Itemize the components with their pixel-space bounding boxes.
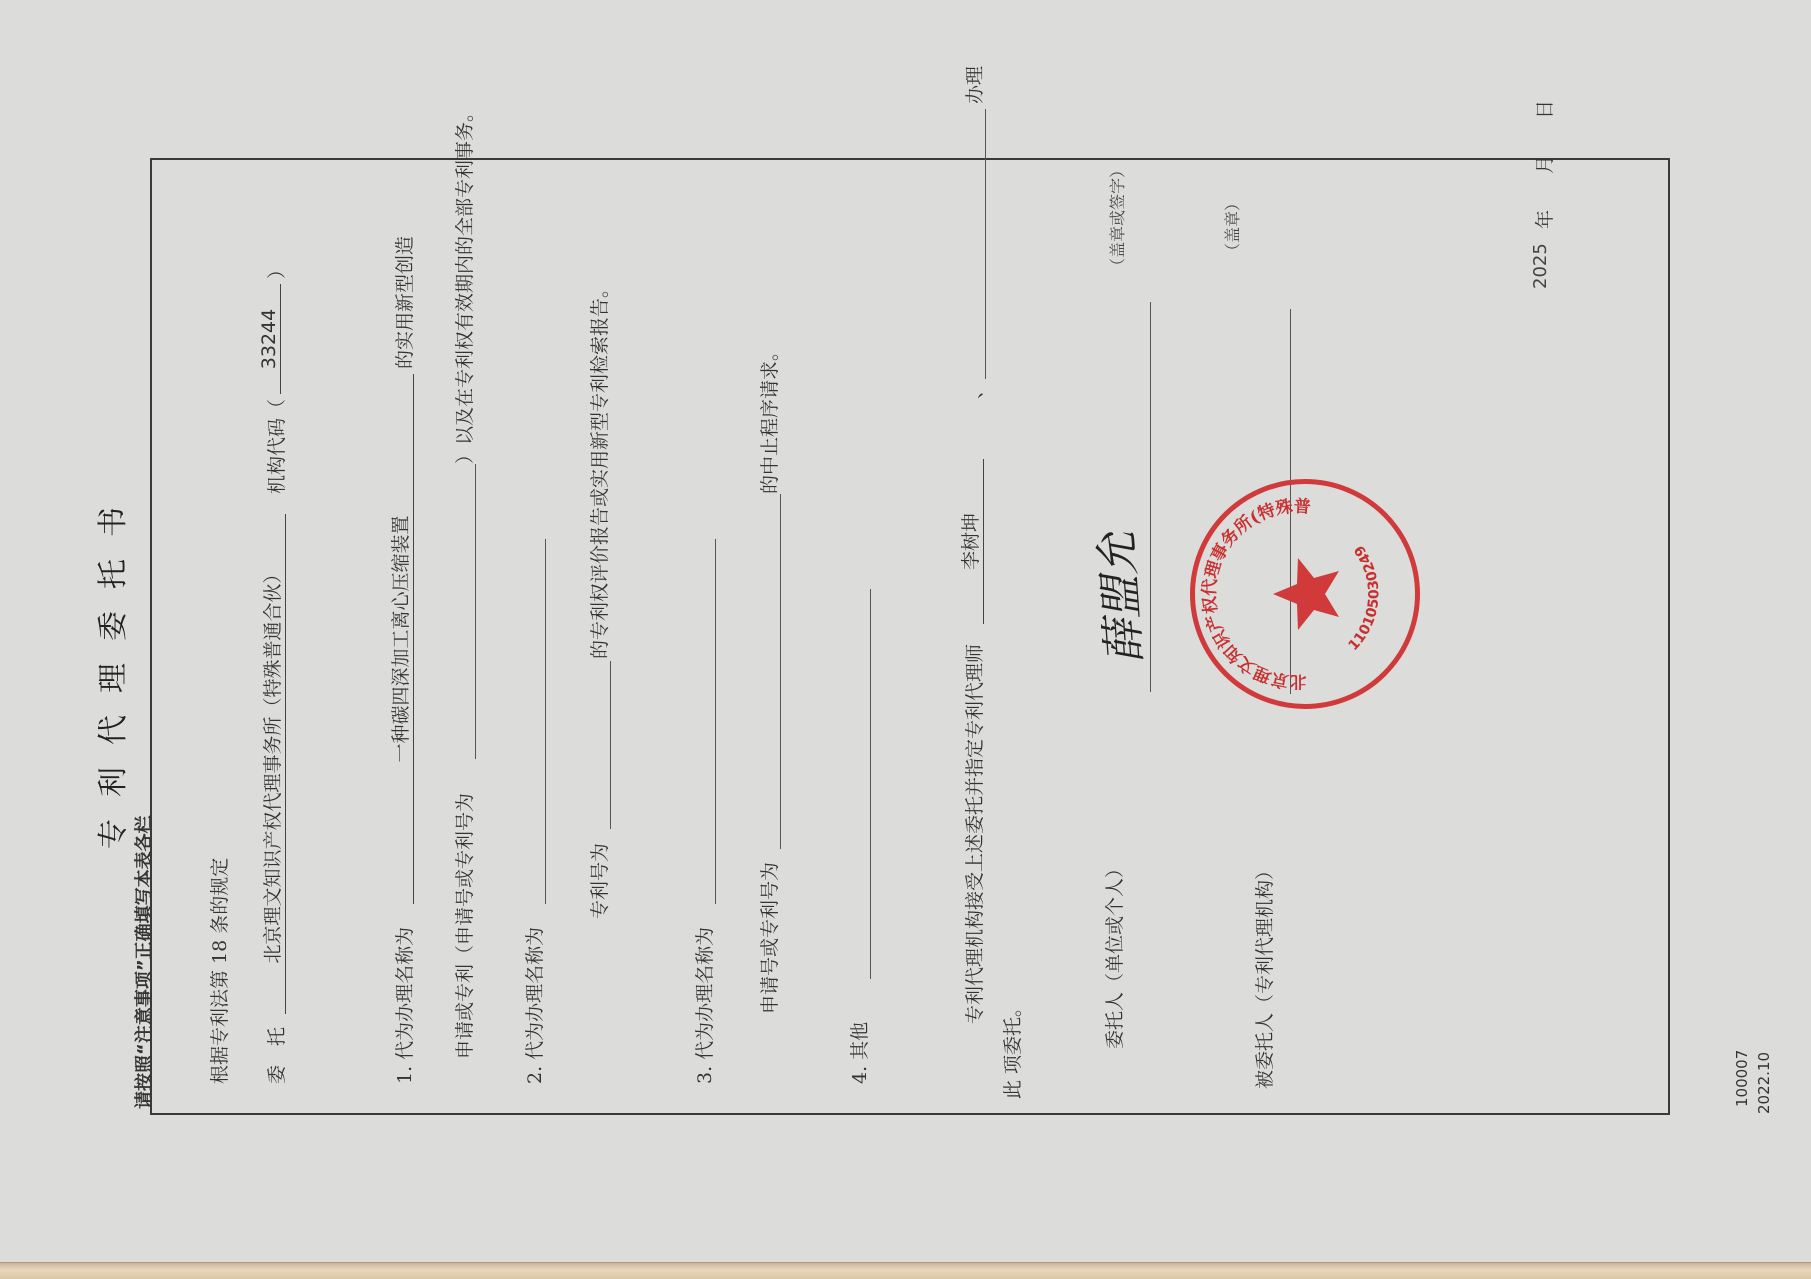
date-year: 2025 bbox=[1530, 243, 1551, 289]
date-month-unit: 月 bbox=[1530, 155, 1557, 174]
item2-line2-suffix: 的专利权评价报告或实用新型专利检索报告。 bbox=[585, 279, 612, 659]
agent-note: （盖章） bbox=[1220, 195, 1243, 259]
star-icon bbox=[1273, 558, 1339, 630]
item3-label: 3. 代为办理名称为 bbox=[690, 927, 717, 1084]
company-seal: 北京理文知识产权代理事务所(特殊普通合伙) 110105030249 bbox=[1190, 479, 1420, 709]
entrust-label: 委 托 bbox=[262, 1027, 289, 1084]
item3-number-field[interactable] bbox=[780, 494, 781, 849]
item1-suffix: 的实用新型创造 bbox=[390, 236, 417, 369]
svg-text:110105030249: 110105030249 bbox=[1346, 542, 1383, 654]
principal-signature: 薛盟允 bbox=[1080, 530, 1153, 666]
date-year-unit: 年 bbox=[1530, 210, 1557, 229]
item3-line2-prefix: 申请号或专利号为 bbox=[755, 862, 782, 1014]
item2-number-field[interactable] bbox=[610, 661, 611, 829]
item1-number-field[interactable] bbox=[475, 464, 476, 759]
agency-name-field[interactable]: 北京理文知识产权代理事务所（特殊普通合伙） bbox=[258, 514, 286, 1014]
org-code-close: ） bbox=[262, 260, 289, 279]
attorney-2-field[interactable] bbox=[985, 109, 986, 379]
form-version: 2022.10 bbox=[1755, 1052, 1773, 1114]
acceptance-suffix: 办理 bbox=[960, 66, 987, 104]
principal-note: （盖章或签字） bbox=[1105, 162, 1128, 274]
item4-label: 4. 其他 bbox=[845, 1022, 872, 1084]
seal-number: 110105030249 bbox=[1346, 542, 1383, 654]
seal-graphic: 北京理文知识产权代理事务所(特殊普通合伙) 110105030249 bbox=[1195, 484, 1415, 704]
acceptance-prefix: 专利代理机构接受上述委托并指定专利代理师 bbox=[960, 644, 987, 1024]
page-title: 专利代理委托书 bbox=[88, 485, 132, 849]
item1-label: 1. 代为办理名称为 bbox=[390, 927, 417, 1084]
item1-line2-suffix: ）以及在专利权有效期内的全部专利事务。 bbox=[450, 103, 477, 464]
item1-line2-prefix: 申请或专利（申请号或专利号为 bbox=[450, 793, 477, 1059]
date-day-unit: 日 bbox=[1530, 100, 1557, 119]
form-code: 100007 bbox=[1733, 1050, 1751, 1107]
form-frame bbox=[150, 158, 1670, 1115]
separator: 、 bbox=[960, 380, 987, 399]
agent-label: 被委托人（专利代理机构） bbox=[1250, 861, 1277, 1089]
legal-basis: 根据专利法第 18 条的规定 bbox=[205, 858, 232, 1084]
org-code-label: 机构代码（ bbox=[262, 399, 289, 494]
item2-line2-prefix: 专利号为 bbox=[585, 843, 612, 919]
item4-other-field[interactable] bbox=[870, 589, 871, 979]
item2-label: 2. 代为办理名称为 bbox=[520, 927, 547, 1084]
acceptance-line2: 此 项委托。 bbox=[998, 998, 1025, 1099]
principal-label: 委托人（单位或个人） bbox=[1100, 859, 1127, 1049]
org-code-field[interactable]: 33244 bbox=[258, 284, 281, 394]
patent-power-of-attorney-page: 专利代理委托书 请按照“注意事项”正确填写本表各栏 根据专利法第 18 条的规定… bbox=[0, 0, 1811, 1279]
attorney-name-field[interactable]: 李树坤 bbox=[956, 459, 984, 624]
item2-name-field[interactable] bbox=[545, 539, 546, 904]
item3-line2-suffix: 的中止程序请求。 bbox=[755, 342, 782, 494]
item1-name-field[interactable]: 一种碳四深加工离心压缩装置 bbox=[386, 374, 414, 904]
item3-name-field[interactable] bbox=[715, 539, 716, 904]
